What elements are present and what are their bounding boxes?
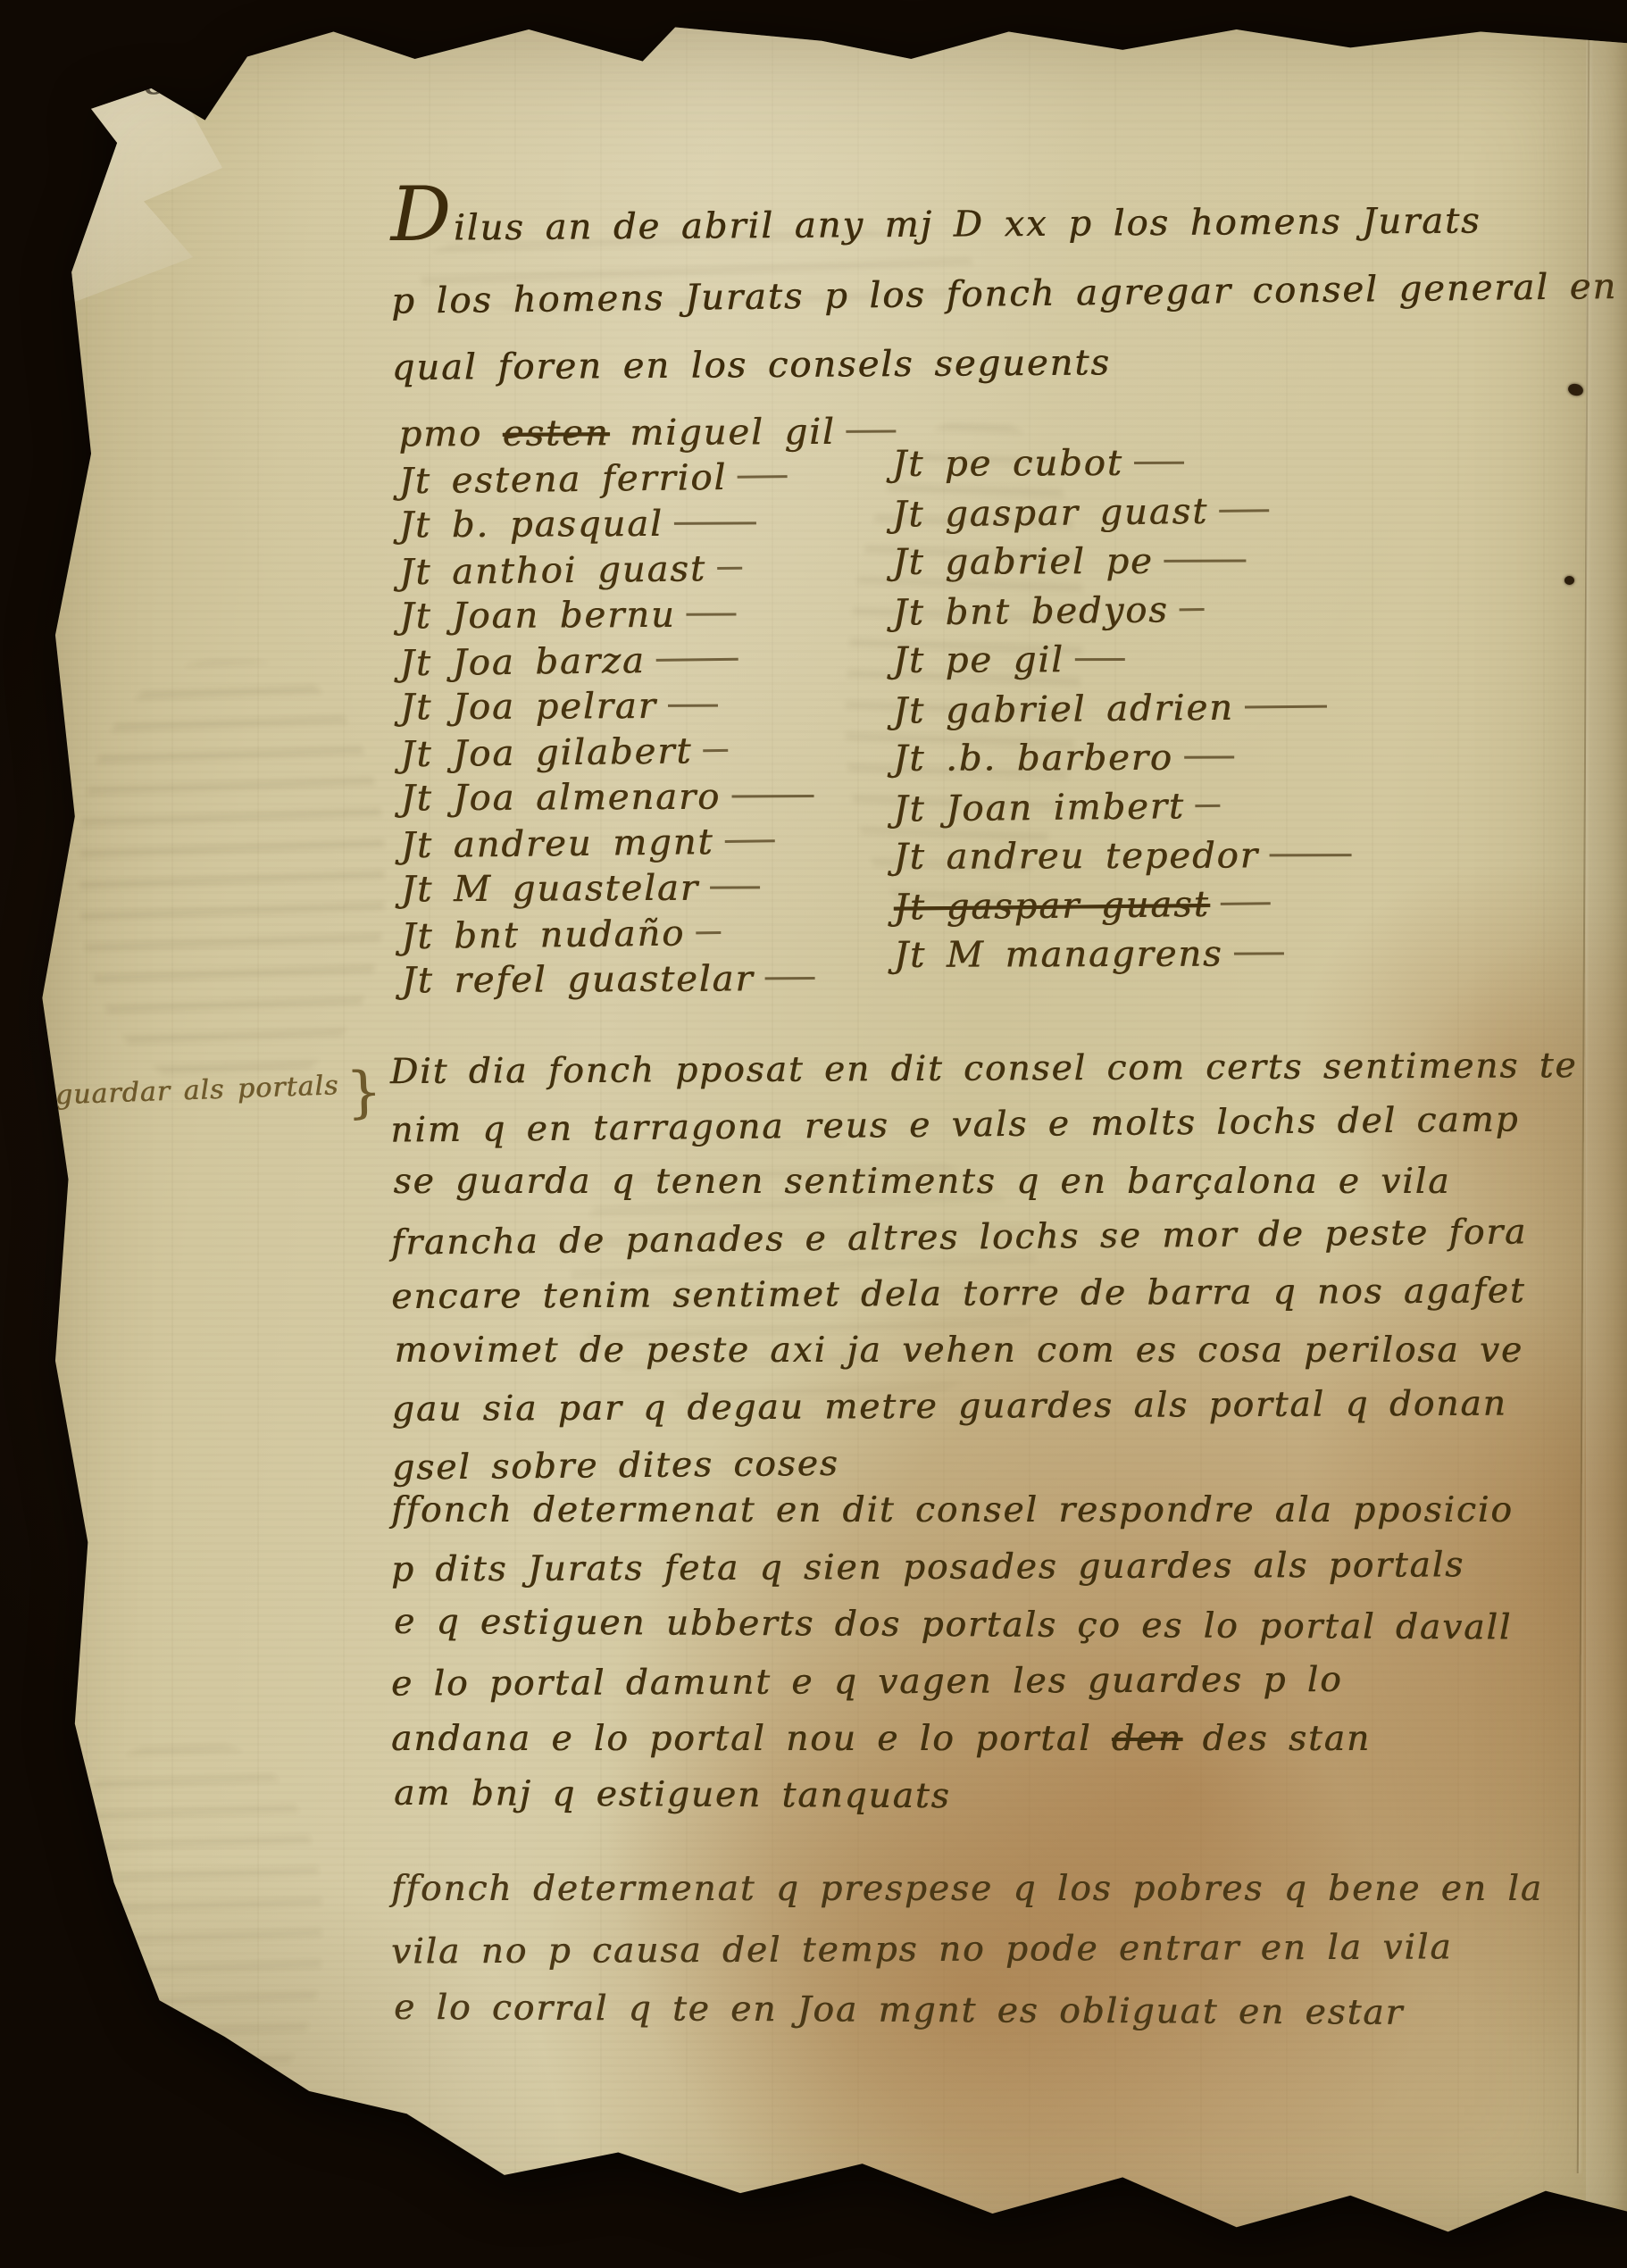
manuscript-line: am bnj q estiguen tanquats [394, 1765, 1448, 1828]
attendee-list-left: pmo esten miguel gil Jt estena ferriol J… [398, 410, 899, 1005]
line-text: Jt bnt bedyos [892, 589, 1169, 633]
line-text: e q estiguen ubberts dos portals ço es l… [394, 1602, 1512, 1648]
attendee-item: Jt Joa pelrar [400, 683, 898, 731]
line-text: Jt Joa barza [399, 640, 646, 684]
paragraph-plague-proposal: Dit dia fonch pposat en dit consel com c… [390, 1038, 1447, 1494]
record-heading: Dilus an de abril any mj D xx p los home… [390, 171, 1627, 403]
margin-note-brace: } [345, 1059, 383, 1125]
manuscript-line: francha de panades e altres lochs se mor… [391, 1205, 1446, 1271]
attendee-item: Jt andreu tepedor [893, 831, 1351, 882]
line-text: qual foren en los consels seguents [391, 342, 1111, 388]
line-text: Jt Joan bernu [399, 595, 675, 638]
line-text: Jt bnt nudaño [401, 913, 685, 958]
line-text: Jt anthoi guast [399, 548, 706, 593]
folio-number-bottom: 790 [172, 2159, 263, 2214]
line-text: e lo corral q te en Joa mgnt es obliguat… [394, 1988, 1404, 2033]
line-text: gau sia par q degau metre guardes als po… [392, 1384, 1507, 1430]
manuscript-line: andana e lo portal nou e lo portal den d… [391, 1711, 1445, 1768]
attendee-item: Jt gabriel pe [892, 537, 1350, 588]
torn-corner-flap [36, 79, 232, 302]
attendee-list-right: Jt pe cubot Jt gaspar guast Jt gabriel p… [892, 438, 1352, 980]
line-text: Jt estena ferriol [398, 457, 727, 502]
manuscript-line: Dit dia fonch pposat en dit consel com c… [390, 1038, 1444, 1100]
line-text: Jt gaspar guast [892, 491, 1208, 536]
line-text: ffonch determenat q prespese q los pobre… [391, 1869, 1543, 1909]
manuscript-line: nim q en tarragona reus e vals e molts l… [390, 1092, 1445, 1158]
line-text: pmo [398, 413, 503, 455]
attendee-item: Jt refel guastelar [401, 956, 899, 1005]
line-text: Jt refel guastelar [401, 958, 754, 1001]
line-text: e lo portal damunt e q vagen les guardes… [391, 1660, 1343, 1705]
manuscript-line: qual foren en los consels seguents [391, 324, 1627, 403]
manuscript-page: 788 Dilus an de abril any mj D xx p los … [0, 0, 1627, 2268]
manuscript-line: ffonch determenat en dit consel respondr… [391, 1482, 1445, 1539]
paragraph-poor-entry: ffonch determenat q prespese q los pobre… [391, 1859, 1445, 2041]
line-text: Jt M guastelar [401, 868, 699, 911]
attendee-item: Jt bnt bedyos [892, 584, 1351, 638]
line-text-struck: Jt gaspar guast [894, 884, 1210, 929]
line-text: Dit dia fonch pposat en dit consel com c… [390, 1046, 1578, 1092]
attendee-item: Jt Joa almenaro [400, 774, 898, 822]
line-text: Dilus an de abril any mj D xx p los home… [390, 200, 1481, 249]
manuscript-page-wrap: 788 Dilus an de abril any mj D xx p los … [0, 0, 1627, 2268]
manuscript-line: p los homens Jurats p los fonch agregar … [391, 251, 1627, 337]
attendee-item: Jt anthoi guast [399, 545, 897, 596]
line-text: ffonch determenat en dit consel respondr… [391, 1490, 1514, 1530]
bottom-crease [292, 2136, 361, 2263]
line-text: Jt b. pasqual [399, 504, 663, 546]
attendee-item: pmo esten miguel gil [398, 410, 897, 458]
line-text: Jt Joa pelrar [400, 686, 657, 729]
attendee-item: Jt .b. barbero [893, 733, 1351, 784]
attendee-item: Jt Joan imbert [893, 780, 1352, 834]
line-text: des stan [1182, 1719, 1371, 1759]
line-text: p los homens Jurats p los fonch agregar … [391, 265, 1627, 322]
line-text: nim q en tarragona reus e vals e molts l… [390, 1100, 1520, 1151]
manuscript-line: encare tenim sentimet dela torre de barr… [391, 1263, 1445, 1325]
line-text: Jt andreu mgnt [401, 821, 714, 866]
manuscript-line: e q estiguen ubberts dos portals ço es l… [394, 1594, 1448, 1656]
line-text: am bnj q estiguen tanquats [394, 1773, 951, 1816]
manuscript-line: gau sia par q degau metre guardes als po… [392, 1376, 1446, 1438]
attendee-item: Jt gaspar guast [893, 879, 1352, 932]
manuscript-line: e lo corral q te en Joa mgnt es obliguat… [394, 1978, 1448, 2044]
manuscript-line: p dits Jurats feta q sien posades guarde… [391, 1537, 1445, 1598]
line-text: Jt pe cubot [892, 443, 1123, 485]
manuscript-line: movimet de peste axi ja vehen com es cos… [394, 1322, 1448, 1379]
line-text: Jt Joan imbert [893, 786, 1185, 830]
line-text: vila no p causa del temps no pode entrar… [391, 1927, 1453, 1972]
folio-number-top: 788 [84, 54, 173, 109]
line-text: Jt gabriel pe [892, 541, 1153, 583]
attendee-item: Jt Joa gilabert [400, 727, 898, 779]
attendee-item: Jt M managrens [894, 930, 1352, 980]
wormhole [1564, 576, 1574, 585]
manuscript-line: vila no p causa del temps no pode entrar… [391, 1917, 1445, 1982]
line-text: francha de panades e altres lochs se mor… [391, 1212, 1528, 1263]
line-text: Jt Joa gilabert [400, 730, 693, 775]
attendee-item: Jt gabriel adrien [893, 682, 1352, 736]
attendee-item: Jt Joa barza [399, 636, 897, 688]
ink-showthrough [54, 1741, 321, 2116]
line-text: Jt andreu tepedor [893, 835, 1258, 877]
attendee-item: Jt Joan bernu [399, 592, 897, 640]
line-text: Jt gabriel adrien [893, 688, 1234, 732]
ink-showthrough [80, 661, 384, 1089]
line-text-struck: esten [503, 413, 610, 454]
line-text: Jt M managrens [894, 934, 1223, 976]
attendee-item: Jt bnt nudaño [401, 909, 899, 961]
margin-note: guardar als portals} [54, 1059, 383, 1136]
manuscript-line: se guarda q tenen sentiments q en barçal… [394, 1154, 1448, 1210]
manuscript-line: e lo portal damunt e q vagen les guardes… [391, 1651, 1445, 1713]
attendee-item: Jt b. pasqual [399, 501, 897, 549]
line-text: Jt pe gil [893, 639, 1064, 681]
attendee-item: Jt estena ferriol [398, 454, 897, 505]
line-text: p dits Jurats feta q sien posades guarde… [391, 1545, 1464, 1589]
line-text: andana e lo portal nou e lo portal [391, 1719, 1112, 1759]
line-text-struck: den [1112, 1719, 1182, 1759]
manuscript-line: Dilus an de abril any mj D xx p los home… [390, 171, 1627, 263]
manuscript-line: ffonch determenat q prespese q los pobre… [391, 1859, 1445, 1920]
line-text: miguel gil [609, 412, 835, 454]
attendee-item: Jt andreu mgnt [401, 818, 899, 870]
line-text: se guarda q tenen sentiments q en barçal… [394, 1162, 1451, 1202]
line-text: encare tenim sentimet dela torre de barr… [391, 1271, 1526, 1317]
paragraph-council-response: ffonch determenat en dit consel respondr… [391, 1482, 1445, 1825]
margin-note-text: guardar als portals [54, 1070, 339, 1111]
attendee-item: Jt gaspar guast [892, 486, 1351, 539]
attendee-item: Jt pe gil [893, 635, 1351, 686]
line-text: Jt .b. barbero [893, 738, 1173, 780]
attendee-item: Jt M guastelar [401, 865, 899, 913]
line-text: movimet de peste axi ja vehen com es cos… [394, 1330, 1523, 1371]
attendee-item: Jt pe cubot [892, 438, 1350, 489]
line-text: Jt Joa almenaro [400, 777, 721, 820]
